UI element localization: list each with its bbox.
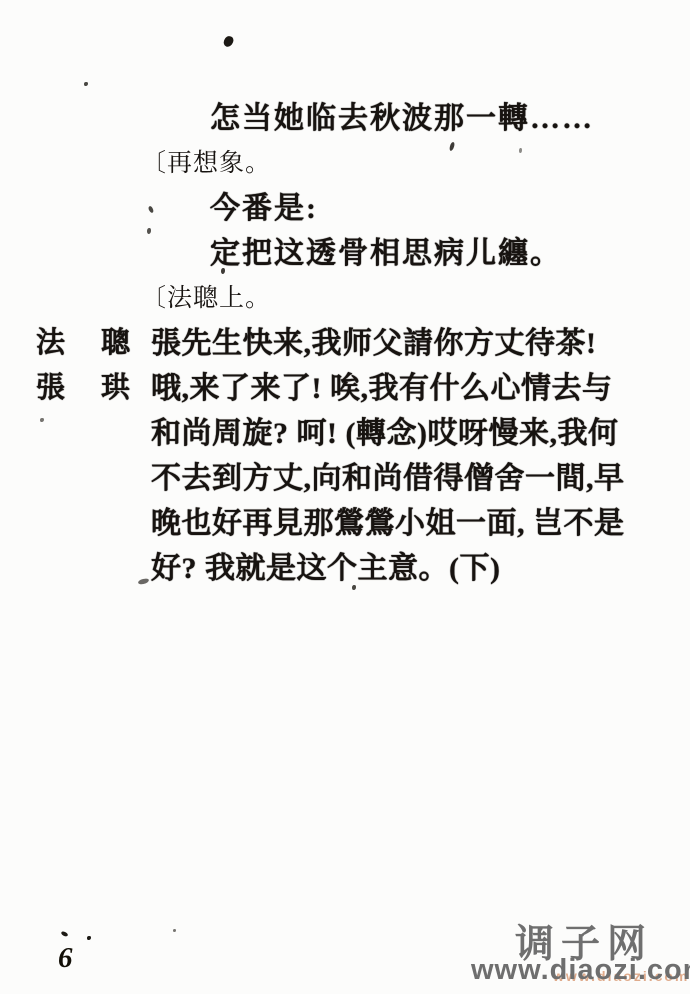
dialogue-continuation-line: 不去到方丈,向和尚借得僧舍一間,早 — [0, 456, 690, 501]
ink-speck — [222, 35, 234, 48]
ink-speck — [173, 929, 176, 932]
speaker-name-char: 張 — [36, 366, 65, 411]
stage-direction-line: 〔法聰上。 — [0, 276, 690, 321]
speaker-name-char: 聰 — [101, 321, 130, 366]
ink-speck — [84, 82, 88, 86]
verse-line: 怎当她临去秋波那一轉…… — [0, 96, 690, 141]
dialogue-text: 張先生快来,我师父請你方丈待茶! — [151, 327, 597, 360]
page-number: 6 — [58, 942, 73, 975]
verse-line: 定把这透骨相思病儿纏。 — [0, 231, 690, 276]
ink-speck — [87, 936, 91, 940]
dialogue-continuation-line: 晚也好再見那鶯鶯小姐一面, 岂不是 — [0, 501, 690, 546]
dialogue-continuation-line: 好? 我就是这个主意。(下) — [0, 546, 690, 591]
dialogue-line: 法聰張先生快来,我师父請你方丈待茶! — [0, 321, 690, 366]
dialogue-line: 張珙哦,来了来了! 唉,我有什么心情去与 — [0, 366, 690, 411]
speaker-name-char: 法 — [36, 321, 65, 366]
script-text-block: 怎当她临去秋波那一轉……〔再想象。今番是:定把这透骨相思病儿纏。〔法聰上。法聰張… — [0, 96, 690, 591]
scanned-book-page: 怎当她临去秋波那一轉……〔再想象。今番是:定把这透骨相思病儿纏。〔法聰上。法聰張… — [0, 0, 690, 994]
stage-direction-line: 〔再想象。 — [0, 141, 690, 186]
dialogue-continuation-line: 和尚周旋? 呵! (轉念)哎呀慢来,我何 — [0, 411, 690, 456]
speaker-name-char: 珙 — [101, 366, 130, 411]
dialogue-text: 哦,来了来了! 唉,我有什么心情去与 — [151, 372, 613, 405]
verse-line: 今番是: — [0, 186, 690, 231]
ink-speck — [60, 930, 68, 937]
watermark-site-url: www.diaozi.com — [471, 954, 690, 987]
